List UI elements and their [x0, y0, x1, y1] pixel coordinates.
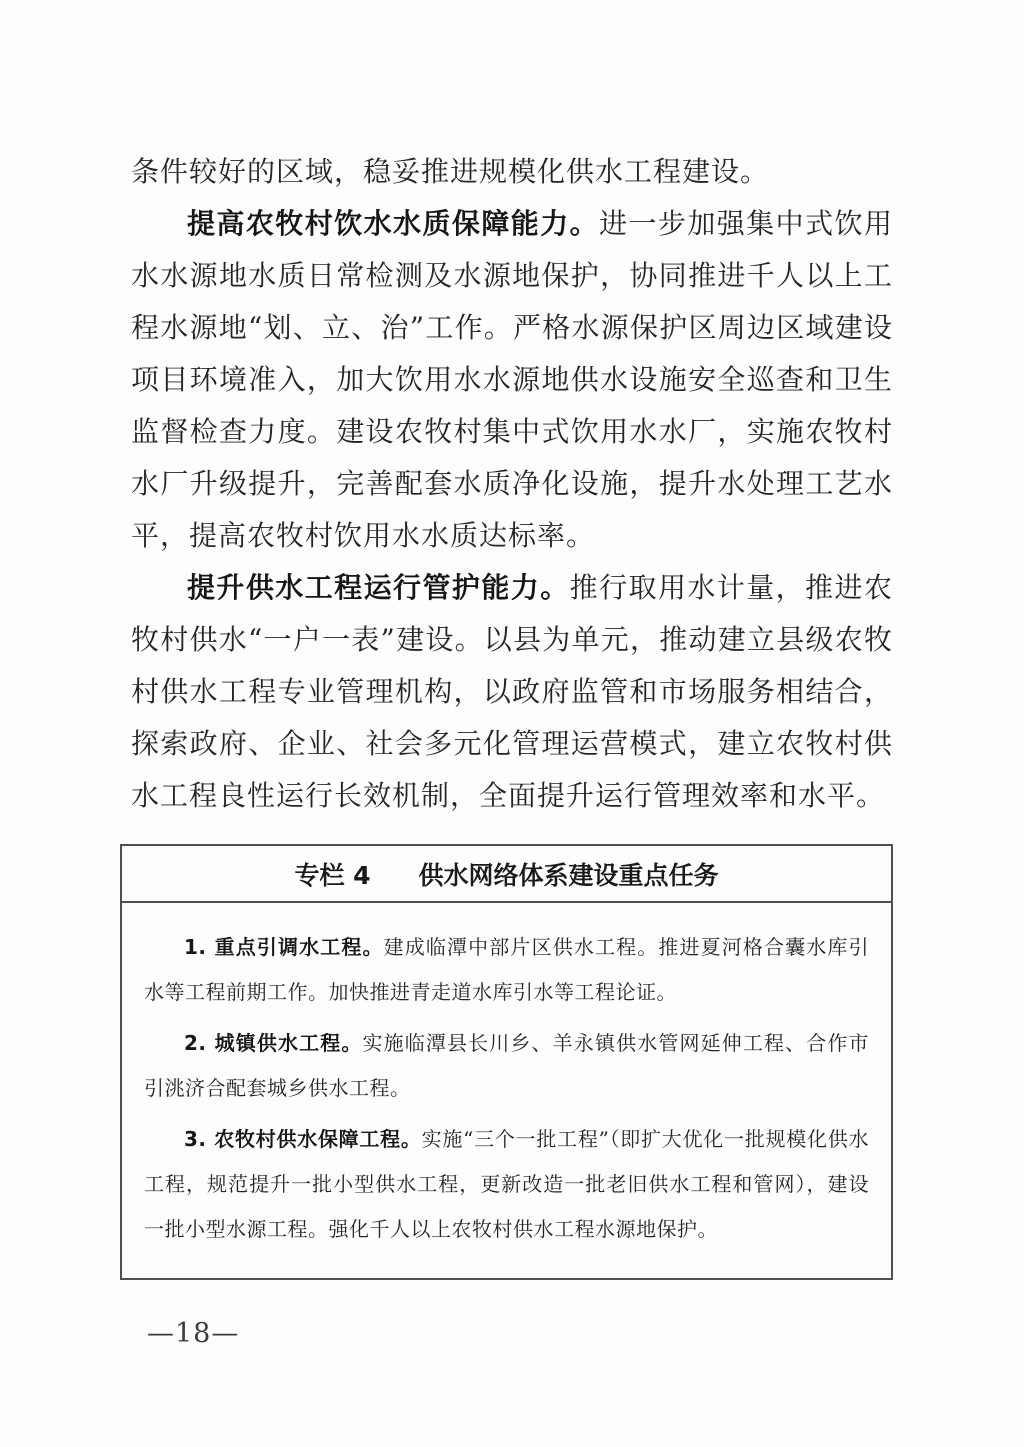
paragraph-water-quality: 提高农牧村饮水水质保障能力。进一步加强集中式饮用水水源地水质日常检测及水源地保护…: [131, 198, 893, 562]
document-body: 条件较好的区域，稳妥推进规模化供水工程建设。 提高农牧村饮水水质保障能力。进一步…: [131, 146, 893, 1280]
paragraph-continuation: 条件较好的区域，稳妥推进规模化供水工程建设。: [131, 146, 893, 198]
box-item-town-supply: 2. 城镇供水工程。实施临潭县长川乡、羊永镇供水管网延伸工程、合作市引洮济合配套…: [144, 1021, 869, 1111]
paragraph-heading: 提升供水工程运行管护能力。: [187, 571, 570, 604]
paragraph-text: 推行取用水计量，推进农牧村供水“一户一表”建设。以县为单元，推动建立县级农牧村供…: [131, 571, 893, 812]
box-item-heading: 3. 农牧村供水保障工程。: [184, 1127, 422, 1151]
box-item-heading: 1. 重点引调水工程。: [184, 935, 384, 959]
paragraph-operation-management: 提升供水工程运行管护能力。推行取用水计量，推进农牧村供水“一户一表”建设。以县为…: [131, 562, 893, 822]
column-box-title: 供水网络体系建设重点任务: [419, 856, 719, 892]
column-box-4: 专栏 4 供水网络体系建设重点任务 1. 重点引调水工程。建成临潭中部片区供水工…: [120, 844, 893, 1280]
box-item-heading: 2. 城镇供水工程。: [184, 1031, 363, 1055]
paragraph-text: 进一步加强集中式饮用水水源地水质日常检测及水源地保护，协同推进千人以上工程水源地…: [131, 207, 893, 552]
column-box-label: 专栏 4: [294, 856, 370, 892]
column-box-header: 专栏 4 供水网络体系建设重点任务: [122, 846, 891, 903]
box-item-key-diversion: 1. 重点引调水工程。建成临潭中部片区供水工程。推进夏河格合囊水库引水等工程前期…: [144, 925, 869, 1015]
column-box-body: 1. 重点引调水工程。建成临潭中部片区供水工程。推进夏河格合囊水库引水等工程前期…: [122, 903, 891, 1278]
document-page: 条件较好的区域，稳妥推进规模化供水工程建设。 提高农牧村饮水水质保障能力。进一步…: [0, 0, 1024, 1447]
paragraph-heading: 提高农牧村饮水水质保障能力。: [187, 207, 599, 240]
paragraph-text: 条件较好的区域，稳妥推进规模化供水工程建设。: [131, 155, 769, 188]
box-item-rural-supply: 3. 农牧村供水保障工程。实施“三个一批工程”（即扩大优化一批规模化供水工程，规…: [144, 1117, 869, 1252]
page-number: —18—: [147, 1318, 239, 1349]
